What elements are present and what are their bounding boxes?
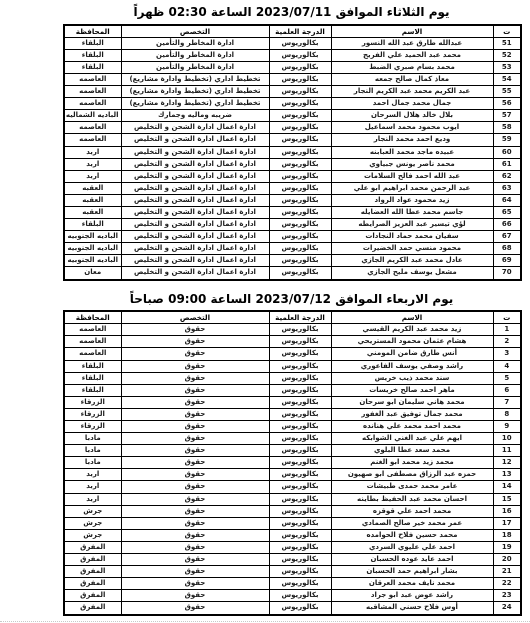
degree-cell: بكالوريوس xyxy=(269,231,331,243)
specialization-cell: حقوق xyxy=(121,336,269,348)
table-row: 55عبد الكريم محمد عبد الكريم النجاربكالو… xyxy=(64,86,521,98)
degree-cell: بكالوريوس xyxy=(269,243,331,255)
degree-cell: بكالوريوس xyxy=(269,267,331,280)
degree-cell: بكالوريوس xyxy=(269,421,331,433)
degree-cell: بكالوريوس xyxy=(269,207,331,219)
row-number: 64 xyxy=(493,194,521,206)
row-number: 60 xyxy=(493,146,521,158)
row-number: 62 xyxy=(493,170,521,182)
row-number: 10 xyxy=(493,433,521,445)
degree-cell: بكالوريوس xyxy=(269,469,331,481)
governorate-cell: البلقاء xyxy=(64,372,121,384)
table-row: 23راشد عوض عبد ابو جرادبكالوريوسحقوقالمف… xyxy=(64,590,521,602)
degree-cell: بكالوريوس xyxy=(269,578,331,590)
column-header-specialization: التخصص xyxy=(121,311,269,324)
degree-cell: بكالوريوس xyxy=(269,110,331,122)
row-number: 4 xyxy=(493,360,521,372)
table-row: 51عبدالله طارق عبد الله النسوربكالوريوسا… xyxy=(64,37,521,49)
column-header-governorate: المحافظة xyxy=(64,25,121,38)
name-cell: ايوب محمود محمد اسماعيل xyxy=(331,122,493,134)
name-cell: جاسم محمد عطا الله العضايله xyxy=(331,207,493,219)
specialization-cell: ادارة اعمال ادارة الشحن و التخليص xyxy=(121,170,269,182)
governorate-cell: العاصمه xyxy=(64,73,121,85)
degree-cell: بكالوريوس xyxy=(269,566,331,578)
row-number: 9 xyxy=(493,421,521,433)
degree-cell: بكالوريوس xyxy=(269,86,331,98)
name-cell: حمزه عبد الرزاق مصطفى ابو صهيون xyxy=(331,469,493,481)
name-cell: محمد جمال توفيق عبد الغفور xyxy=(331,408,493,420)
degree-cell: بكالوريوس xyxy=(269,98,331,110)
degree-cell: بكالوريوس xyxy=(269,182,331,194)
table-row: 5سند محمد ذيب خريسبكالوريوسحقوقالبلقاء xyxy=(64,372,521,384)
degree-cell: بكالوريوس xyxy=(269,336,331,348)
specialization-cell: حقوق xyxy=(121,481,269,493)
degree-cell: بكالوريوس xyxy=(269,445,331,457)
table-row: 16محمد احمد علي قوقزهبكالوريوسحقوقجرش xyxy=(64,505,521,517)
table-row: 69عادل محمد عبد الكريم الجازيبكالوريوساد… xyxy=(64,255,521,267)
row-number: 13 xyxy=(493,469,521,481)
name-cell: محمد احمد محمد علي هنانده xyxy=(331,421,493,433)
row-number: 18 xyxy=(493,529,521,541)
degree-cell: بكالوريوس xyxy=(269,493,331,505)
column-header-degree: الدرجة العلمية xyxy=(269,25,331,38)
row-number: 22 xyxy=(493,578,521,590)
row-number: 7 xyxy=(493,396,521,408)
name-cell: بلال خالد هلال السرحان xyxy=(331,110,493,122)
governorate-cell: المفرق xyxy=(64,602,121,615)
specialization-cell: حقوق xyxy=(121,372,269,384)
governorate-cell: العقبه xyxy=(64,194,121,206)
name-cell: احسان محمد عبد الحفيظ بطاينه xyxy=(331,493,493,505)
degree-cell: بكالوريوس xyxy=(269,194,331,206)
table-row: 10ايهم علي عبد الغني الشوابكهبكالوريوسحق… xyxy=(64,433,521,445)
governorate-cell: البلقاء xyxy=(64,37,121,49)
degree-cell: بكالوريوس xyxy=(269,408,331,420)
table-row: 2هشام عثمان محمود المستريحيبكالوريوسحقوق… xyxy=(64,336,521,348)
name-cell: عامر محمد حمدى طبيشات xyxy=(331,481,493,493)
specialization-cell: حقوق xyxy=(121,554,269,566)
name-cell: لؤي تيسير عبد العزيز الصرايطه xyxy=(331,219,493,231)
row-number: 23 xyxy=(493,590,521,602)
row-number: 3 xyxy=(493,348,521,360)
name-cell: عبيده ماجد محمد العبابنه xyxy=(331,146,493,158)
name-cell: معاذ كمال صالح جمعه xyxy=(331,73,493,85)
specialization-cell: ادارة اعمال ادارة الشحن و التخليص xyxy=(121,134,269,146)
specialization-cell: ادارة اعمال ادارة الشحن و التخليص xyxy=(121,267,269,280)
table-row: 13حمزه عبد الرزاق مصطفى ابو صهيونبكالوري… xyxy=(64,469,521,481)
governorate-cell: البلقاء xyxy=(64,49,121,61)
table-row: 9محمد احمد محمد علي هناندهبكالوريوسحقوقا… xyxy=(64,421,521,433)
specialization-cell: ادارة المخاطر والتأمين xyxy=(121,49,269,61)
column-header-name: الاسم xyxy=(331,25,493,38)
table-row: 12محمد زيد محمد ابو الغنمبكالوريوسحقوقما… xyxy=(64,457,521,469)
governorate-cell: اربد xyxy=(64,469,121,481)
session-1-table: ت الاسم الدرجة العلمية التخصص المحافظة 5… xyxy=(63,24,522,281)
specialization-cell: حقوق xyxy=(121,433,269,445)
row-number: 54 xyxy=(493,73,521,85)
degree-cell: بكالوريوس xyxy=(269,219,331,231)
degree-cell: بكالوريوس xyxy=(269,348,331,360)
degree-cell: بكالوريوس xyxy=(269,170,331,182)
specialization-cell: حقوق xyxy=(121,541,269,553)
name-cell: محمد نايف محمد العرقان xyxy=(331,578,493,590)
table-row: 18محمد حسين فلاح الحوامدهبكالوريوسحقوقجر… xyxy=(64,529,521,541)
specialization-cell: ادارة اعمال ادارة الشحن و التخليص xyxy=(121,219,269,231)
row-number: 57 xyxy=(493,110,521,122)
degree-cell: بكالوريوس xyxy=(269,134,331,146)
table-row: 61محمد ناصر يونس جبياويبكالوريوسادارة اع… xyxy=(64,158,521,170)
specialization-cell: ضريبه وماليه وجمارك xyxy=(121,110,269,122)
table-row: 68محمود منسي حمد الخضيراتبكالوريوسادارة … xyxy=(64,243,521,255)
table-row: 11محمد سعد عطا البلويبكالوريوسحقوقمادبا xyxy=(64,445,521,457)
name-cell: مشعل يوسف مليح الجازي xyxy=(331,267,493,280)
specialization-cell: تخطيط اداري (تخطيط وادارة مشاريع) xyxy=(121,86,269,98)
degree-cell: بكالوريوس xyxy=(269,457,331,469)
table-row: 4راشد وصفي يوسف الفاعوريبكالوريوسحقوقالب… xyxy=(64,360,521,372)
table-row: 6ماهر احمد صالح خريساتبكالوريوسحقوقالبلق… xyxy=(64,384,521,396)
degree-cell: بكالوريوس xyxy=(269,602,331,615)
name-cell: عبد الكريم محمد عبد الكريم النجار xyxy=(331,86,493,98)
row-number: 56 xyxy=(493,98,521,110)
name-cell: عبدالله طارق عبد الله النسور xyxy=(331,37,493,49)
row-number: 1 xyxy=(493,324,521,336)
governorate-cell: اربد xyxy=(64,493,121,505)
name-cell: زيد محمد عبد الكريم القيسي xyxy=(331,324,493,336)
column-header-number: ت xyxy=(493,25,521,38)
name-cell: ماهر احمد صالح خريسات xyxy=(331,384,493,396)
governorate-cell: البلقاء xyxy=(64,219,121,231)
name-cell: احمد علي عليوي السردي xyxy=(331,541,493,553)
row-number: 19 xyxy=(493,541,521,553)
governorate-cell: اربد xyxy=(64,170,121,182)
specialization-cell: حقوق xyxy=(121,529,269,541)
specialization-cell: حقوق xyxy=(121,396,269,408)
table-row: 62عبد الله احمد فالح السلاماتبكالوريوساد… xyxy=(64,170,521,182)
row-number: 21 xyxy=(493,566,521,578)
governorate-cell: معان xyxy=(64,267,121,280)
governorate-cell: العاصمه xyxy=(64,336,121,348)
governorate-cell: الزرقاء xyxy=(64,408,121,420)
name-cell: هشام عثمان محمود المستريحي xyxy=(331,336,493,348)
name-cell: وديع احمد محمد النجار xyxy=(331,134,493,146)
governorate-cell: المفرق xyxy=(64,541,121,553)
column-header-specialization: التخصص xyxy=(121,25,269,38)
governorate-cell: الباديه الجنوبيه xyxy=(64,255,121,267)
degree-cell: بكالوريوس xyxy=(269,517,331,529)
row-number: 70 xyxy=(493,267,521,280)
table-row: 24أوس فلاح حسني المشاقبهبكالوريوسحقوقالم… xyxy=(64,602,521,615)
degree-cell: بكالوريوس xyxy=(269,49,331,61)
specialization-cell: حقوق xyxy=(121,566,269,578)
specialization-cell: ادارة اعمال ادارة الشحن و التخليص xyxy=(121,207,269,219)
table-row: 3أنس طارق ضامن المومنيبكالوريوسحقوقالعاص… xyxy=(64,348,521,360)
name-cell: احمد عايد عوده الحسبان xyxy=(331,554,493,566)
degree-cell: بكالوريوس xyxy=(269,255,331,267)
degree-cell: بكالوريوس xyxy=(269,73,331,85)
row-number: 61 xyxy=(493,158,521,170)
degree-cell: بكالوريوس xyxy=(269,37,331,49)
row-number: 16 xyxy=(493,505,521,517)
row-number: 11 xyxy=(493,445,521,457)
name-cell: محمد احمد علي قوقزه xyxy=(331,505,493,517)
row-number: 20 xyxy=(493,554,521,566)
table-row: 21بشار ابراهيم حمد الحسبانبكالوريوسحقوقا… xyxy=(64,566,521,578)
governorate-cell: البلقاء xyxy=(64,360,121,372)
governorate-cell: الزرقاء xyxy=(64,396,121,408)
table-row: 22محمد نايف محمد العرقانبكالوريوسحقوقالم… xyxy=(64,578,521,590)
governorate-cell: الباديه الجنوبيه xyxy=(64,243,121,255)
name-cell: راشد عوض عبد ابو جراد xyxy=(331,590,493,602)
specialization-cell: ادارة اعمال ادارة الشحن و التخليص xyxy=(121,146,269,158)
degree-cell: بكالوريوس xyxy=(269,541,331,553)
page-edge-line xyxy=(0,621,530,622)
name-cell: محمود منسي حمد الخضيرات xyxy=(331,243,493,255)
table-row: 1زيد محمد عبد الكريم القيسيبكالوريوسحقوق… xyxy=(64,324,521,336)
name-cell: محمد زيد محمد ابو الغنم xyxy=(331,457,493,469)
name-cell: عبد الرحمن محمد ابراهيم ابو علي xyxy=(331,182,493,194)
governorate-cell: مادبا xyxy=(64,433,121,445)
name-cell: محمد بسام صبري الضبط xyxy=(331,61,493,73)
degree-cell: بكالوريوس xyxy=(269,324,331,336)
row-number: 5 xyxy=(493,372,521,384)
row-number: 65 xyxy=(493,207,521,219)
session-1-title: يوم الثلاثاء الموافق 2023/07/11 الساعة 0… xyxy=(63,5,520,21)
governorate-cell: المفرق xyxy=(64,578,121,590)
specialization-cell: ادارة اعمال ادارة الشحن و التخليص xyxy=(121,122,269,134)
table-header-row: ت الاسم الدرجة العلمية التخصص المحافظة xyxy=(64,25,521,38)
row-number: 59 xyxy=(493,134,521,146)
row-number: 2 xyxy=(493,336,521,348)
specialization-cell: حقوق xyxy=(121,602,269,615)
name-cell: عادل محمد عبد الكريم الجازي xyxy=(331,255,493,267)
governorate-cell: المفرق xyxy=(64,590,121,602)
name-cell: سند محمد ذيب خريس xyxy=(331,372,493,384)
specialization-cell: حقوق xyxy=(121,590,269,602)
table-row: 8محمد جمال توفيق عبد الغفوربكالوريوسحقوق… xyxy=(64,408,521,420)
governorate-cell: اربد xyxy=(64,481,121,493)
row-number: 55 xyxy=(493,86,521,98)
degree-cell: بكالوريوس xyxy=(269,396,331,408)
specialization-cell: ادارة اعمال ادارة الشحن و التخليص xyxy=(121,255,269,267)
degree-cell: بكالوريوس xyxy=(269,146,331,158)
governorate-cell: العقبه xyxy=(64,182,121,194)
specialization-cell: ادارة المخاطر والتأمين xyxy=(121,37,269,49)
governorate-cell: العاصمه xyxy=(64,98,121,110)
table-row: 20احمد عايد عوده الحسبانبكالوريوسحقوقالم… xyxy=(64,554,521,566)
governorate-cell: مادبا xyxy=(64,445,121,457)
name-cell: جمال محمد جمال احمد xyxy=(331,98,493,110)
row-number: 51 xyxy=(493,37,521,49)
document-page: يوم الثلاثاء الموافق 2023/07/11 الساعة 0… xyxy=(63,5,520,616)
session-2-title: يوم الاربعاء الموافق 2023/07/12 الساعة 0… xyxy=(63,292,520,308)
specialization-cell: حقوق xyxy=(121,578,269,590)
name-cell: بشار ابراهيم حمد الحسبان xyxy=(331,566,493,578)
specialization-cell: ادارة اعمال ادارة الشحن و التخليص xyxy=(121,182,269,194)
governorate-cell: المفرق xyxy=(64,554,121,566)
row-number: 63 xyxy=(493,182,521,194)
table-row: 65جاسم محمد عطا الله العضايلهبكالوريوساد… xyxy=(64,207,521,219)
name-cell: محمد عبد الحميد علي الفريج xyxy=(331,49,493,61)
row-number: 12 xyxy=(493,457,521,469)
name-cell: راشد وصفي يوسف الفاعوري xyxy=(331,360,493,372)
column-header-degree: الدرجة العلمية xyxy=(269,311,331,324)
specialization-cell: ادارة المخاطر والتأمين xyxy=(121,61,269,73)
specialization-cell: حقوق xyxy=(121,457,269,469)
table-row: 54معاذ كمال صالح جمعهبكالوريوستخطيط ادار… xyxy=(64,73,521,85)
specialization-cell: حقوق xyxy=(121,348,269,360)
specialization-cell: تخطيط اداري (تخطيط وادارة مشاريع) xyxy=(121,98,269,110)
governorate-cell: جرش xyxy=(64,505,121,517)
governorate-cell: العاصمه xyxy=(64,134,121,146)
governorate-cell: البلقاء xyxy=(64,384,121,396)
governorate-cell: الباديه الشماليه xyxy=(64,110,121,122)
specialization-cell: حقوق xyxy=(121,384,269,396)
specialization-cell: حقوق xyxy=(121,517,269,529)
specialization-cell: حقوق xyxy=(121,360,269,372)
governorate-cell: مادبا xyxy=(64,457,121,469)
row-number: 52 xyxy=(493,49,521,61)
specialization-cell: ادارة اعمال ادارة الشحن و التخليص xyxy=(121,243,269,255)
governorate-cell: اربد xyxy=(64,146,121,158)
degree-cell: بكالوريوس xyxy=(269,505,331,517)
governorate-cell: العقبه xyxy=(64,207,121,219)
degree-cell: بكالوريوس xyxy=(269,360,331,372)
specialization-cell: حقوق xyxy=(121,324,269,336)
degree-cell: بكالوريوس xyxy=(269,554,331,566)
column-header-name: الاسم xyxy=(331,311,493,324)
specialization-cell: ادارة اعمال ادارة الشحن و التخليص xyxy=(121,231,269,243)
governorate-cell: المفرق xyxy=(64,566,121,578)
column-header-number: ت xyxy=(493,311,521,324)
session-2-table: ت الاسم الدرجة العلمية التخصص المحافظة 1… xyxy=(63,310,522,615)
name-cell: محمد حسين فلاح الحوامده xyxy=(331,529,493,541)
table-row: 52محمد عبد الحميد علي الفريجبكالوريوسادا… xyxy=(64,49,521,61)
name-cell: محمد سعد عطا البلوي xyxy=(331,445,493,457)
column-header-governorate: المحافظة xyxy=(64,311,121,324)
specialization-cell: ادارة اعمال ادارة الشحن و التخليص xyxy=(121,194,269,206)
name-cell: عمر محمد خير صالح الصمادي xyxy=(331,517,493,529)
governorate-cell: الباديه الجنوبيه xyxy=(64,231,121,243)
degree-cell: بكالوريوس xyxy=(269,481,331,493)
row-number: 8 xyxy=(493,408,521,420)
row-number: 17 xyxy=(493,517,521,529)
specialization-cell: حقوق xyxy=(121,445,269,457)
row-number: 6 xyxy=(493,384,521,396)
row-number: 58 xyxy=(493,122,521,134)
table-row: 53محمد بسام صبري الضبطبكالوريوسادارة الم… xyxy=(64,61,521,73)
table-row: 67سفيان محمد حماد النجاداتبكالوريوسادارة… xyxy=(64,231,521,243)
governorate-cell: البلقاء xyxy=(64,61,121,73)
table-row: 57بلال خالد هلال السرحانبكالوريوسضريبه و… xyxy=(64,110,521,122)
specialization-cell: حقوق xyxy=(121,408,269,420)
degree-cell: بكالوريوس xyxy=(269,433,331,445)
row-number: 66 xyxy=(493,219,521,231)
governorate-cell: الزرقاء xyxy=(64,421,121,433)
row-number: 14 xyxy=(493,481,521,493)
table-row: 59وديع احمد محمد النجاربكالوريوسادارة اع… xyxy=(64,134,521,146)
name-cell: أوس فلاح حسني المشاقبه xyxy=(331,602,493,615)
degree-cell: بكالوريوس xyxy=(269,384,331,396)
row-number: 68 xyxy=(493,243,521,255)
table-row: 19احمد علي عليوي السرديبكالوريوسحقوقالمف… xyxy=(64,541,521,553)
governorate-cell: العاصمه xyxy=(64,122,121,134)
degree-cell: بكالوريوس xyxy=(269,158,331,170)
specialization-cell: حقوق xyxy=(121,505,269,517)
row-number: 15 xyxy=(493,493,521,505)
section-gap xyxy=(63,281,520,287)
row-number: 69 xyxy=(493,255,521,267)
name-cell: زيد محمود عواد الرواد xyxy=(331,194,493,206)
governorate-cell: العاصمه xyxy=(64,324,121,336)
table-row: 7محمد هاني سليمان ابو سرحانبكالوريوسحقوق… xyxy=(64,396,521,408)
table-row: 60عبيده ماجد محمد العبابنهبكالوريوسادارة… xyxy=(64,146,521,158)
table-row: 15احسان محمد عبد الحفيظ بطاينهبكالوريوسح… xyxy=(64,493,521,505)
degree-cell: بكالوريوس xyxy=(269,61,331,73)
degree-cell: بكالوريوس xyxy=(269,529,331,541)
name-cell: أنس طارق ضامن المومني xyxy=(331,348,493,360)
specialization-cell: حقوق xyxy=(121,469,269,481)
table-row: 70مشعل يوسف مليح الجازيبكالوريوسادارة اع… xyxy=(64,267,521,280)
specialization-cell: حقوق xyxy=(121,421,269,433)
name-cell: سفيان محمد حماد النجادات xyxy=(331,231,493,243)
degree-cell: بكالوريوس xyxy=(269,372,331,384)
degree-cell: بكالوريوس xyxy=(269,122,331,134)
governorate-cell: اربد xyxy=(64,158,121,170)
name-cell: عبد الله احمد فالح السلامات xyxy=(331,170,493,182)
table-row: 14عامر محمد حمدى طبيشاتبكالوريوسحقوقاربد xyxy=(64,481,521,493)
table-row: 58ايوب محمود محمد اسماعيلبكالوريوسادارة … xyxy=(64,122,521,134)
name-cell: ايهم علي عبد الغني الشوابكه xyxy=(331,433,493,445)
table-row: 56جمال محمد جمال احمدبكالوريوستخطيط ادار… xyxy=(64,98,521,110)
governorate-cell: العاصمه xyxy=(64,348,121,360)
specialization-cell: حقوق xyxy=(121,493,269,505)
row-number: 24 xyxy=(493,602,521,615)
governorate-cell: العاصمه xyxy=(64,86,121,98)
table-row: 64زيد محمود عواد الروادبكالوريوسادارة اع… xyxy=(64,194,521,206)
name-cell: محمد هاني سليمان ابو سرحان xyxy=(331,396,493,408)
specialization-cell: تخطيط اداري (تخطيط وادارة مشاريع) xyxy=(121,73,269,85)
table-row: 17عمر محمد خير صالح الصماديبكالوريوسحقوق… xyxy=(64,517,521,529)
specialization-cell: ادارة اعمال ادارة الشحن و التخليص xyxy=(121,158,269,170)
governorate-cell: جرش xyxy=(64,529,121,541)
row-number: 67 xyxy=(493,231,521,243)
table-row: 66لؤي تيسير عبد العزيز الصرايطهبكالوريوس… xyxy=(64,219,521,231)
governorate-cell: جرش xyxy=(64,517,121,529)
degree-cell: بكالوريوس xyxy=(269,590,331,602)
name-cell: محمد ناصر يونس جبياوي xyxy=(331,158,493,170)
table-row: 63عبد الرحمن محمد ابراهيم ابو عليبكالوري… xyxy=(64,182,521,194)
table-header-row: ت الاسم الدرجة العلمية التخصص المحافظة xyxy=(64,311,521,324)
row-number: 53 xyxy=(493,61,521,73)
